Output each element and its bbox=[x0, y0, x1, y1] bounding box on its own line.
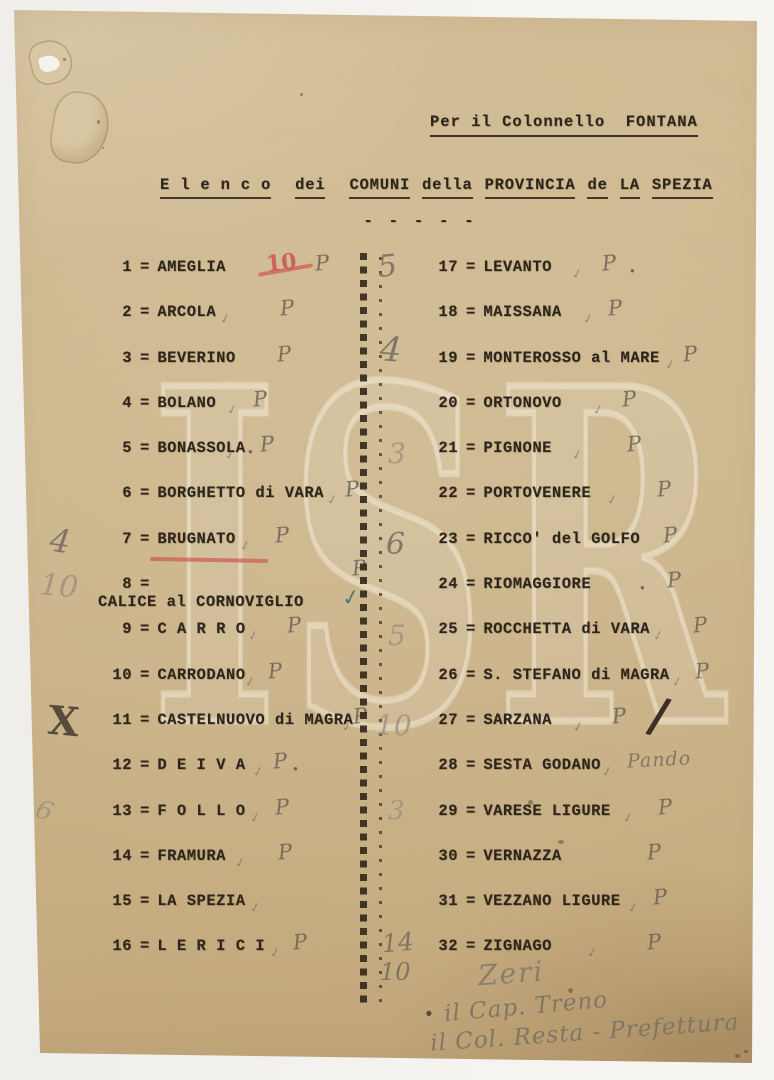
entry-number: 22 bbox=[424, 484, 458, 502]
equals-sign: = bbox=[466, 711, 475, 729]
handwritten-mark: 14 bbox=[381, 929, 415, 957]
pencil-check-mark: ✓ bbox=[621, 809, 635, 826]
list-item: 1=AMEGLIAP bbox=[98, 258, 362, 303]
pencil-p-annotation: P bbox=[252, 386, 268, 411]
title-dashes: - - - - - bbox=[350, 212, 490, 230]
comune-name: MAISSANA bbox=[483, 303, 561, 321]
list-item: 22=PORTOVENERE✓P bbox=[424, 484, 764, 529]
dedication-line: Per il Colonnello FONTANA bbox=[430, 113, 698, 137]
paper-speck bbox=[735, 1054, 740, 1058]
equals-sign: = bbox=[140, 349, 149, 367]
comune-name: LA SPEZIA bbox=[157, 892, 245, 910]
pencil-p-annotation: P bbox=[657, 794, 673, 819]
title-segment: SPEZIA bbox=[652, 176, 713, 199]
handwritten-mark: Zeri bbox=[477, 958, 545, 991]
comune-name: VEZZANO LIGURE bbox=[483, 892, 620, 910]
equals-sign: = bbox=[466, 394, 475, 412]
comune-name: SARZANA bbox=[483, 711, 552, 729]
list-item: 30=VERNAZZAP bbox=[424, 847, 764, 892]
pencil-p-annotation: P bbox=[292, 930, 308, 955]
entry-number: 15 bbox=[98, 892, 132, 910]
comune-name: ROCCHETTA di VARA bbox=[483, 620, 650, 638]
list-item: 18=MAISSANA✓P bbox=[424, 303, 764, 348]
pencil-p-annotation: P bbox=[314, 250, 330, 275]
entry-number: 28 bbox=[424, 756, 458, 774]
list-item: 5=BONASSOLA✓●P bbox=[98, 439, 362, 484]
comune-name: PORTOVENERE bbox=[483, 484, 591, 502]
entry-number: 20 bbox=[424, 394, 458, 412]
list-item: 25=ROCCHETTA di VARA✓P bbox=[424, 620, 764, 665]
handwritten-mark: 3 bbox=[388, 798, 405, 824]
entry-number: 3 bbox=[98, 349, 132, 367]
pencil-check-mark: ✓ bbox=[600, 764, 614, 781]
paper-speck bbox=[568, 988, 573, 993]
paper-speck bbox=[528, 800, 533, 805]
pencil-check-mark: ✓ bbox=[651, 628, 665, 645]
comune-name: C A R R O bbox=[157, 620, 245, 638]
handwritten-mark: 5 bbox=[388, 622, 406, 650]
pencil-p-annotation: P bbox=[621, 386, 637, 411]
pencil-p-annotation: P bbox=[601, 250, 617, 275]
pencil-p-annotation: P bbox=[656, 477, 672, 502]
handwritten-mark: 4 bbox=[48, 524, 73, 559]
document-title: E l e n c odeiCOMUNIdellaPROVINCIAdeLASP… bbox=[160, 176, 725, 199]
comune-name: VERNAZZA bbox=[483, 847, 561, 865]
comune-name: RIOMAGGIORE bbox=[483, 575, 591, 593]
comune-name: D E I V A bbox=[157, 756, 245, 774]
equals-sign: = bbox=[466, 484, 475, 502]
list-item: 17=LEVANTO✓●P bbox=[424, 258, 764, 303]
pencil-p-annotation: P bbox=[267, 658, 283, 683]
pencil-p-annotation: P bbox=[276, 341, 292, 366]
entry-number: 1 bbox=[98, 258, 132, 276]
list-item: 4=BOLANO✓P bbox=[98, 394, 362, 439]
pencil-check-mark: ✓ bbox=[670, 674, 684, 691]
equals-sign: = bbox=[140, 258, 149, 276]
comune-name: PIGNONE bbox=[483, 439, 552, 457]
equals-sign: = bbox=[466, 530, 475, 548]
pencil-dot-mark: ● bbox=[248, 448, 253, 457]
pencil-p-annotation: P bbox=[277, 839, 293, 864]
comune-name: ARCOLA bbox=[157, 303, 216, 321]
entry-number: 30 bbox=[424, 847, 458, 865]
comune-name: L E R I C I bbox=[157, 937, 265, 955]
handwritten-mark: 10 bbox=[376, 712, 412, 740]
entry-number: 32 bbox=[424, 937, 458, 955]
pencil-dot-mark: ● bbox=[630, 267, 635, 276]
title-segment: dei bbox=[295, 176, 325, 199]
list-item: 24=RIOMAGGIORE●P bbox=[424, 575, 764, 620]
list-item: 19=MONTEROSSO al MARE✓P bbox=[424, 349, 764, 394]
list-item: 27=SARZANA✓P bbox=[424, 711, 764, 756]
pencil-p-annotation: P bbox=[682, 341, 698, 366]
pencil-p-annotation: P bbox=[611, 703, 627, 728]
equals-sign: = bbox=[140, 530, 149, 548]
pencil-dot-mark: ● bbox=[640, 584, 645, 593]
pencil-check-mark: ✓ bbox=[238, 538, 252, 555]
list-item: 2=ARCOLA✓P bbox=[98, 303, 362, 348]
list-item: 16=L E R I C I✓P bbox=[98, 937, 362, 982]
equals-sign: = bbox=[466, 575, 475, 593]
comuni-list-right: 17=LEVANTO✓●P18=MAISSANA✓P19=MONTEROSSO … bbox=[424, 258, 764, 983]
comune-name: FRAMURA bbox=[157, 847, 226, 865]
comune-name: BEVERINO bbox=[157, 349, 235, 367]
equals-sign: = bbox=[140, 847, 149, 865]
list-item: 7=BRUGNATO✓P bbox=[98, 530, 362, 575]
list-item: 28=SESTA GODANO✓Pando bbox=[424, 756, 764, 801]
handwritten-mark: X bbox=[46, 701, 80, 744]
entry-number: 8 bbox=[98, 575, 132, 593]
entry-number: 14 bbox=[98, 847, 132, 865]
equals-sign: = bbox=[140, 711, 149, 729]
list-item: 10=CARRODANO✓P bbox=[98, 666, 362, 711]
list-item: 14=FRAMURA✓P bbox=[98, 847, 362, 892]
equals-sign: = bbox=[140, 484, 149, 502]
pencil-p-annotation: P bbox=[694, 658, 710, 683]
comune-name: SESTA GODANO bbox=[483, 756, 601, 774]
pencil-check-mark: ✓ bbox=[591, 402, 605, 419]
entry-number: 16 bbox=[98, 937, 132, 955]
paper-speck bbox=[558, 840, 564, 844]
comune-name: BOLANO bbox=[157, 394, 216, 412]
handwritten-mark: 4 bbox=[379, 332, 403, 367]
equals-sign: = bbox=[466, 258, 475, 276]
pencil-check-mark: ✓ bbox=[605, 492, 619, 509]
pencil-p-annotation: P bbox=[662, 522, 678, 547]
paper-damage-spot bbox=[47, 88, 114, 168]
list-item: 21=PIGNONE✓P bbox=[424, 439, 764, 484]
entry-number: 26 bbox=[424, 666, 458, 684]
equals-sign: = bbox=[466, 666, 475, 684]
document-page: ISR Per il Colonnello FONTANA E l e n c … bbox=[0, 0, 774, 1080]
entry-number: 21 bbox=[424, 439, 458, 457]
pencil-check-mark: ✓ bbox=[225, 402, 239, 419]
list-item: 20=ORTONOVO✓P bbox=[424, 394, 764, 439]
pencil-p-annotation: P bbox=[692, 613, 708, 638]
comune-name: BORGHETTO di VARA bbox=[157, 484, 324, 502]
paper-speck bbox=[300, 93, 303, 96]
entry-number: 7 bbox=[98, 530, 132, 548]
entry-number: 29 bbox=[424, 802, 458, 820]
equals-sign: = bbox=[140, 439, 149, 457]
handwritten-mark: 10 bbox=[380, 960, 411, 984]
entry-number: 23 bbox=[424, 530, 458, 548]
comune-name: BRUGNATO bbox=[157, 530, 235, 548]
entry-number: 18 bbox=[424, 303, 458, 321]
equals-sign: = bbox=[140, 892, 149, 910]
paper-speck bbox=[102, 147, 104, 149]
equals-sign: = bbox=[466, 756, 475, 774]
equals-sign: = bbox=[466, 349, 475, 367]
entry-number: 10 bbox=[98, 666, 132, 684]
separator-dashed-line bbox=[360, 253, 367, 1008]
pencil-p-annotation: P bbox=[259, 432, 275, 457]
pencil-check-mark: ✓ bbox=[246, 628, 260, 645]
title-segment: E l e n c o bbox=[160, 176, 271, 199]
entry-number: 12 bbox=[98, 756, 132, 774]
entry-number: 5 bbox=[98, 439, 132, 457]
title-segment: de bbox=[587, 176, 607, 199]
pencil-p-annotation: P bbox=[646, 839, 662, 864]
list-item: 26=S. STEFANO di MAGRA✓P bbox=[424, 666, 764, 711]
entry-number: 24 bbox=[424, 575, 458, 593]
pencil-p-annotation: Pando bbox=[626, 748, 691, 773]
list-item: 29=VARESE LIGURE✓P bbox=[424, 802, 764, 847]
entry-number: 31 bbox=[424, 892, 458, 910]
comune-name: MONTEROSSO al MARE bbox=[483, 349, 659, 367]
equals-sign: = bbox=[140, 303, 149, 321]
pencil-p-annotation: P bbox=[274, 794, 290, 819]
entry-number: 25 bbox=[424, 620, 458, 638]
comune-name: F O L L O bbox=[157, 802, 245, 820]
pencil-check-mark: ✓ bbox=[571, 719, 585, 736]
pencil-check-mark: ✓ bbox=[243, 674, 257, 691]
pencil-check-mark: ✓ bbox=[626, 900, 640, 917]
pencil-check-mark: ✓ bbox=[663, 356, 677, 373]
equals-sign: = bbox=[466, 620, 475, 638]
equals-sign: = bbox=[140, 575, 149, 593]
handwritten-mark: 6 bbox=[32, 796, 56, 826]
paper-speck bbox=[97, 120, 100, 124]
comune-name: S. STEFANO di MAGRA bbox=[483, 666, 669, 684]
equals-sign: = bbox=[140, 937, 149, 955]
list-item: 12=D E I V A✓●P bbox=[98, 756, 362, 801]
comune-name: AMEGLIA bbox=[157, 258, 226, 276]
pencil-dot-mark: ● bbox=[293, 765, 298, 774]
pencil-check-mark: ✓ bbox=[233, 855, 247, 872]
pencil-check-mark: ✓ bbox=[581, 311, 595, 328]
list-item: 15=LA SPEZIA✓ bbox=[98, 892, 362, 937]
pencil-p-annotation: P bbox=[274, 522, 290, 547]
pencil-check-mark: ✓ bbox=[325, 492, 339, 509]
title-segment: della bbox=[422, 176, 473, 199]
list-item: 11=CASTELNUOVO di MAGRA✓P bbox=[98, 711, 362, 756]
handwritten-mark: ✓ bbox=[340, 587, 362, 612]
equals-sign: = bbox=[466, 937, 475, 955]
pencil-p-annotation: P bbox=[607, 296, 623, 321]
pencil-p-annotation: P bbox=[286, 613, 302, 638]
handwritten-mark: 5 bbox=[376, 251, 398, 283]
title-segment: COMUNI bbox=[349, 176, 410, 199]
comune-name: CASTELNUOVO di MAGRA bbox=[157, 711, 353, 729]
equals-sign: = bbox=[466, 303, 475, 321]
list-item: 13=F O L L O✓P bbox=[98, 802, 362, 847]
entry-number: 27 bbox=[424, 711, 458, 729]
paper-speck bbox=[744, 1050, 748, 1053]
entry-number: 19 bbox=[424, 349, 458, 367]
pencil-check-mark: ✓ bbox=[251, 764, 265, 781]
list-item: 9=C A R R O✓P bbox=[98, 620, 362, 665]
pencil-p-annotation: P bbox=[344, 477, 360, 502]
handwritten-mark: 10 bbox=[39, 570, 80, 603]
comune-name: CARRODANO bbox=[157, 666, 245, 684]
title-segment: PROVINCIA bbox=[485, 176, 576, 199]
list-item: 3=BEVERINOP bbox=[98, 349, 362, 394]
pencil-check-mark: ✓ bbox=[570, 447, 584, 464]
pencil-check-mark: ✓ bbox=[248, 900, 262, 917]
handwritten-mark: · bbox=[424, 1000, 434, 1028]
equals-sign: = bbox=[466, 439, 475, 457]
entry-number: 11 bbox=[98, 711, 132, 729]
comune-name: VARESE LIGURE bbox=[483, 802, 610, 820]
title-segment: LA bbox=[620, 176, 640, 199]
comune-name: RICCO' del GOLFO bbox=[483, 530, 640, 548]
pencil-check-mark: ✓ bbox=[570, 266, 584, 283]
pencil-check-mark: ✓ bbox=[218, 311, 232, 328]
pencil-p-annotation: P bbox=[272, 749, 288, 774]
pencil-check-mark: ✓ bbox=[268, 945, 282, 962]
paper-speck bbox=[63, 58, 66, 61]
pencil-p-annotation: P bbox=[626, 432, 642, 457]
pencil-p-annotation: P bbox=[279, 296, 295, 321]
equals-sign: = bbox=[140, 802, 149, 820]
equals-sign: = bbox=[140, 394, 149, 412]
pencil-p-annotation: P bbox=[666, 568, 682, 593]
handwritten-mark: 6 bbox=[386, 530, 405, 560]
comuni-list-left: 1=AMEGLIAP2=ARCOLA✓P3=BEVERINOP4=BOLANO✓… bbox=[98, 258, 362, 983]
entry-number: 4 bbox=[98, 394, 132, 412]
separator-dotted-line bbox=[379, 257, 382, 1012]
entry-number: 6 bbox=[98, 484, 132, 502]
entry-number: 17 bbox=[424, 258, 458, 276]
list-item: 6=BORGHETTO di VARA✓P bbox=[98, 484, 362, 529]
pencil-p-annotation: P bbox=[652, 885, 668, 910]
entry-number: 9 bbox=[98, 620, 132, 638]
entry-number: 2 bbox=[98, 303, 132, 321]
comune-name: ZIGNAGO bbox=[483, 937, 552, 955]
comune-name: CALICE al CORNOVIGLIO bbox=[98, 593, 304, 611]
equals-sign: = bbox=[140, 620, 149, 638]
handwritten-mark: 3 bbox=[388, 440, 406, 468]
list-item: 23=RICCO' del GOLFOP bbox=[424, 530, 764, 575]
comune-name: LEVANTO bbox=[483, 258, 552, 276]
equals-sign: = bbox=[140, 756, 149, 774]
paper-damage-spot bbox=[25, 36, 76, 89]
equals-sign: = bbox=[140, 666, 149, 684]
list-item: 31=VEZZANO LIGURE✓P bbox=[424, 892, 764, 937]
equals-sign: = bbox=[466, 892, 475, 910]
list-item: 8=CALICE al CORNOVIGLIOP bbox=[98, 575, 362, 620]
equals-sign: = bbox=[466, 847, 475, 865]
comune-name: ORTONOVO bbox=[483, 394, 561, 412]
entry-number: 13 bbox=[98, 802, 132, 820]
pencil-check-mark: ✓ bbox=[248, 809, 262, 826]
equals-sign: = bbox=[466, 802, 475, 820]
